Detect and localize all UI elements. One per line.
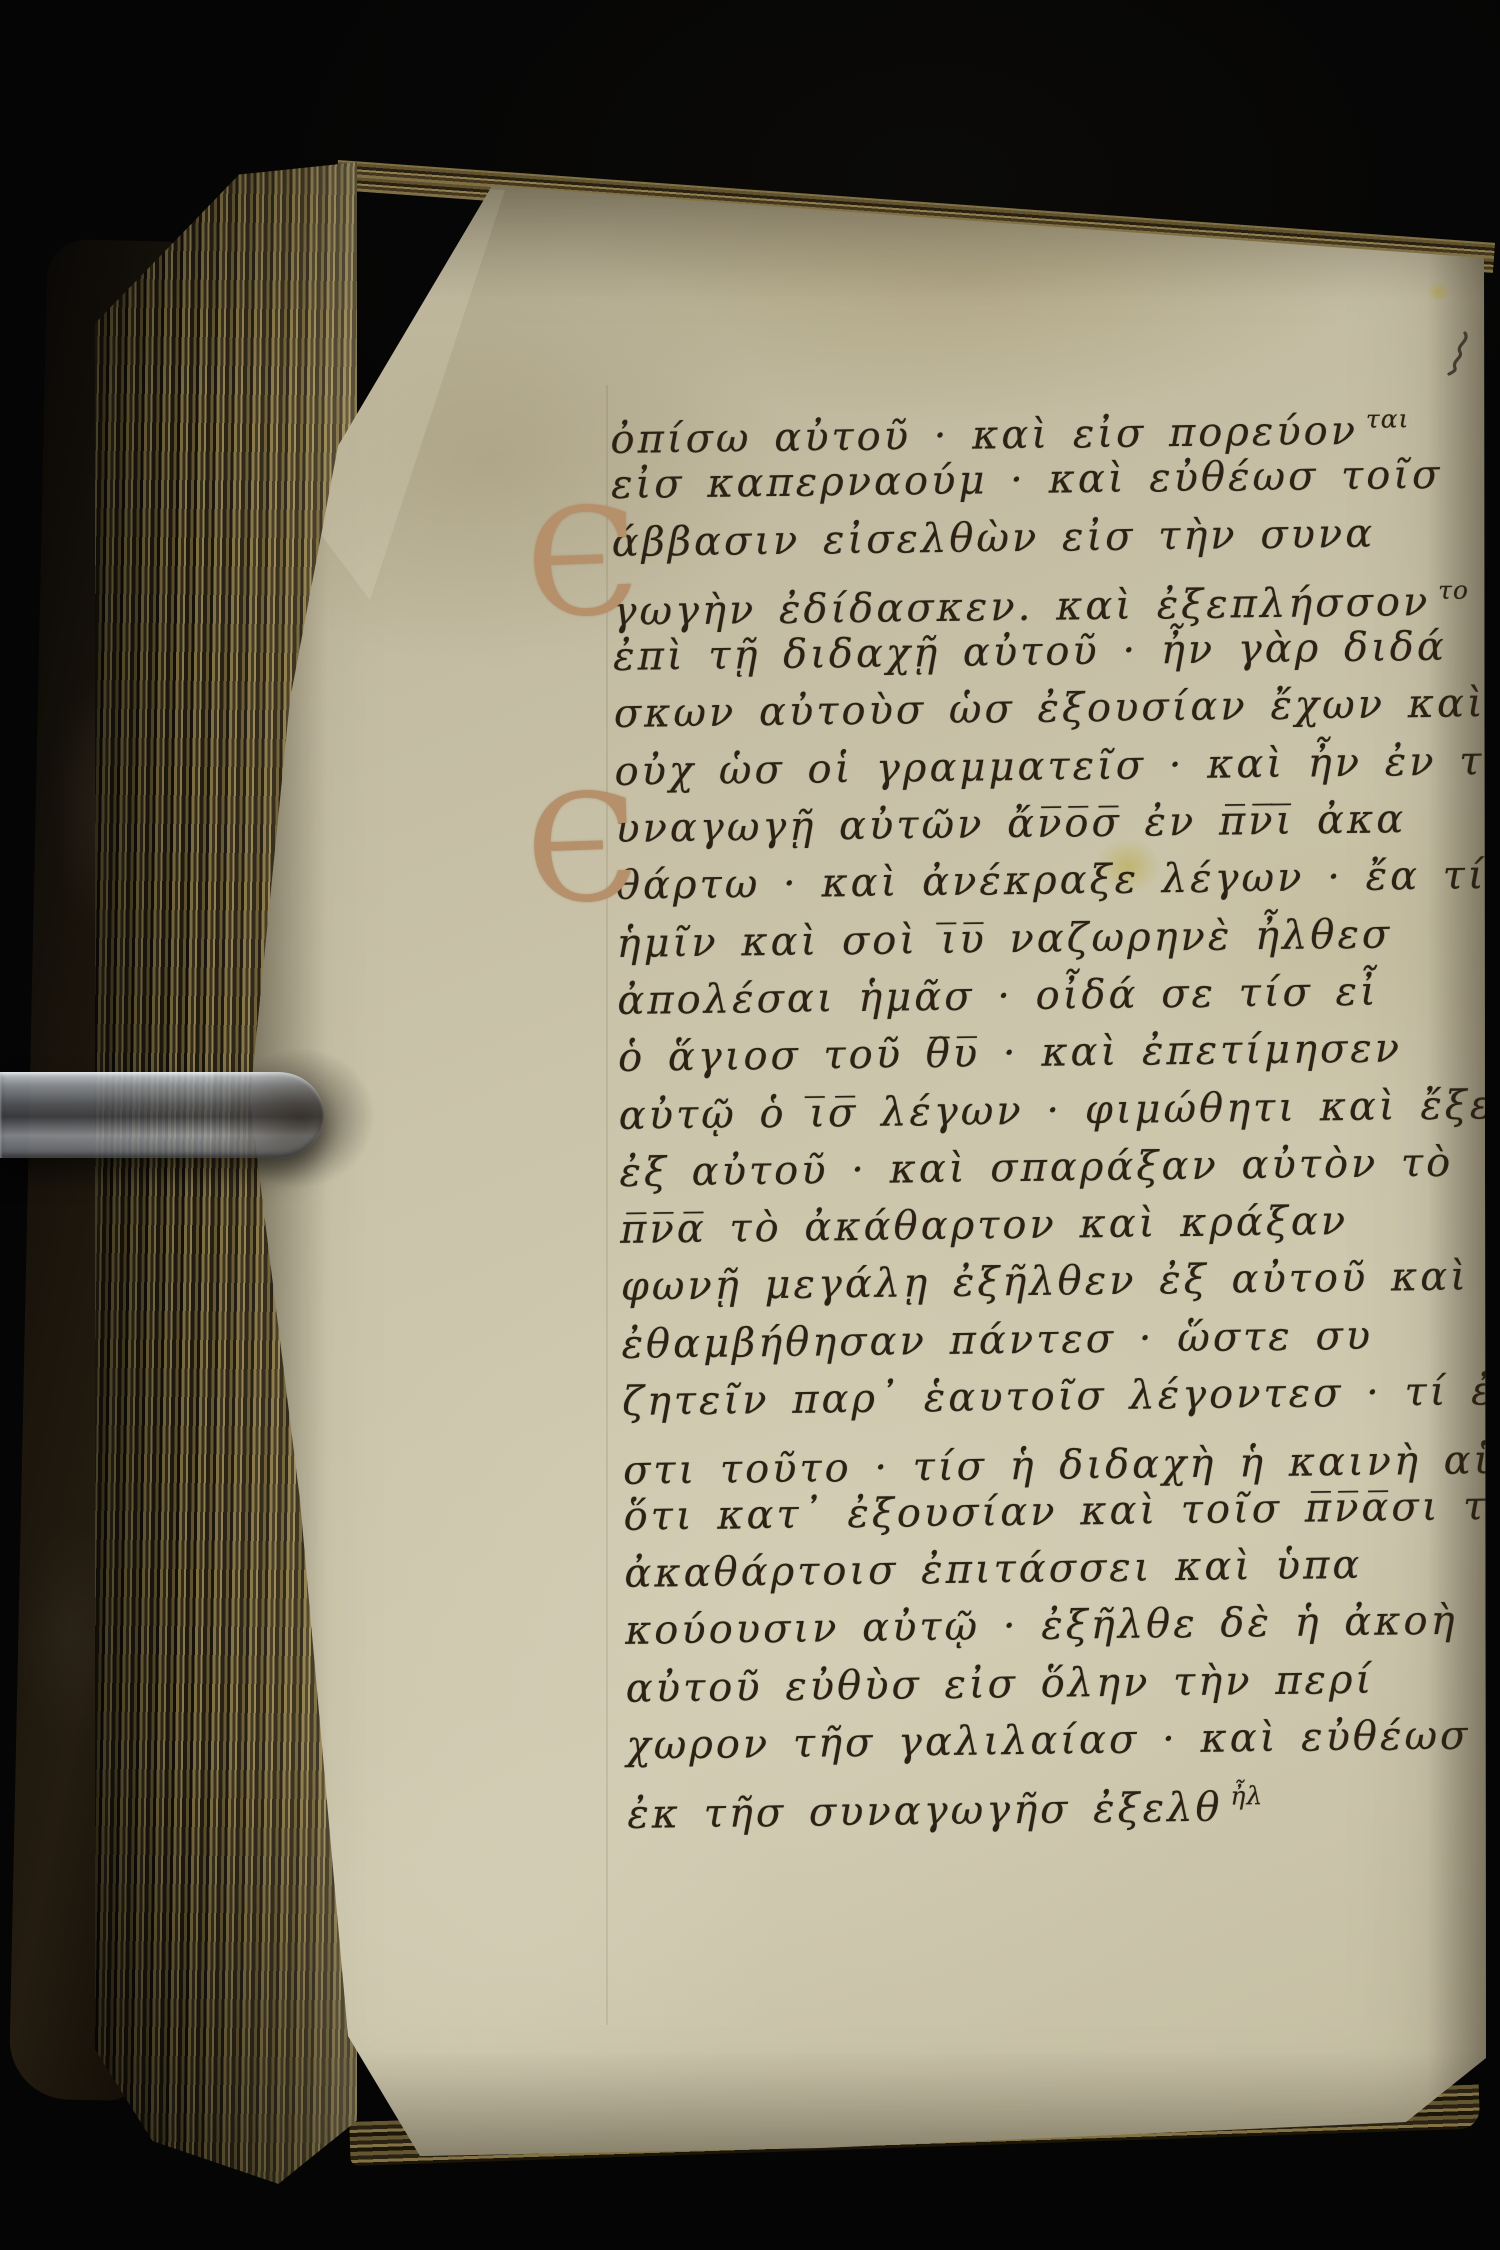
manuscript-text: ὀπίσω αὐτοῦ · καὶ εἰσ πορεύονταιεἰσ καπε… xyxy=(610,389,1500,1832)
text-line: ἡμῖν καὶ σοὶ ι̅υ̅ ναζωρηνὲ ἦλθεσ xyxy=(616,905,1500,973)
line-text: κούουσιν αὐτῷ · ἐξῆλθε δὲ ἡ ἀκοὴ xyxy=(625,1598,1458,1654)
line-text: ὁ ἅγιοσ τοῦ θ̅υ̅ · καὶ ἐπετίμησεν xyxy=(618,1026,1403,1082)
photo-scene: ὀπίσω αὐτοῦ · καὶ εἰσ πορεύονταιεἰσ καπε… xyxy=(0,0,1500,2250)
line-text: ἐθαμβήθησαν πάντεσ · ὥστε συ xyxy=(621,1312,1373,1367)
text-line: ἐξ αὐτοῦ · καὶ σπαράξαν αὐτὸν τὸ xyxy=(619,1134,1500,1202)
rod-tip-shading xyxy=(214,1072,324,1158)
text-line: ὁ ἅγιοσ τοῦ θ̅υ̅ · καὶ ἐπετίμησεν xyxy=(618,1019,1500,1087)
text-line: οὐχ ὡσ οἱ γραμματεῖσ · καὶ ἦν ἐν τῇ xyxy=(614,733,1500,801)
text-line: γωγὴν ἐδίδασκεν. καὶ ἐξεπλήσσοντο xyxy=(612,561,1500,629)
line-text: φωνῇ μεγάλῃ ἐξῆλθεν ἐξ αὐτοῦ καὶ xyxy=(621,1254,1470,1310)
line-text: ἀπολέσαι ἡμᾶσ · οἶδά σε τίσ εἶ xyxy=(617,969,1379,1024)
line-text: ἐξ αὐτοῦ · καὶ σπαράξαν αὐτὸν τὸ xyxy=(619,1140,1453,1196)
line-text: εἰσ καπερναούμ · καὶ εὐθέωσ τοῖσ xyxy=(611,452,1443,508)
parchment-page: ὀπίσω αὐτοῦ · καὶ εἰσ πορεύονταιεἰσ καπε… xyxy=(240,180,1490,2170)
text-line: ἀκαθάρτοισ ἐπιτάσσει καὶ ὑπα xyxy=(624,1535,1500,1603)
text-line: χωρον τῆσ γαλιλαίασ · καὶ εὐθέωσ xyxy=(626,1707,1500,1775)
text-line: κούουσιν αὐτῷ · ἐξῆλθε δὲ ἡ ἀκοὴ xyxy=(625,1592,1500,1660)
text-line: αὐτοῦ εὐθὺσ εἰσ ὅλην τὴν περί xyxy=(625,1649,1500,1717)
glass-rod-weight xyxy=(0,1072,324,1158)
text-line: ἐθαμβήθησαν πάντεσ · ὥστε συ xyxy=(621,1306,1500,1374)
text-line: στι τοῦτο · τίσ ἡ διδαχὴ ἡ καινὴ αὕτη xyxy=(623,1420,1500,1488)
text-line: υναγωγῇ αὐτῶν ἄν̅ο̅σ̅ ἐν π̅ν̅ι̅ ἀκα xyxy=(615,790,1500,858)
text-line: σκων αὐτοὺσ ὡσ ἐξουσίαν ἔχων καὶ xyxy=(614,675,1500,743)
line-end-superscript: ται xyxy=(1366,404,1410,434)
line-text: χωρον τῆσ γαλιλαίασ · καὶ εὐθέωσ xyxy=(626,1712,1470,1768)
text-line: ζητεῖν παρ᾽ ἑαυτοῖσ λέγοντεσ · τί ἐ xyxy=(622,1363,1500,1431)
line-text: π̅ν̅α̅ τὸ ἀκάθαρτον καὶ κράξαν xyxy=(620,1198,1349,1253)
line-text: άββασιν εἰσελθὼν εἰσ τὴν συνα xyxy=(611,510,1375,565)
line-text: οὐχ ὡσ οἱ γραμματεῖσ · καὶ ἦν ἐν τῇ xyxy=(614,738,1500,795)
text-line: άββασιν εἰσελθὼν εἰσ τὴν συνα xyxy=(611,504,1500,572)
text-line: ὅτι κατ᾽ ἐξουσίαν καὶ τοῖσ π̅ν̅α̅σι τοῖσ xyxy=(623,1478,1500,1546)
line-text: ζητεῖν παρ᾽ ἑαυτοῖσ λέγοντεσ · τί ἐ xyxy=(622,1368,1496,1425)
text-line: θάρτω · καὶ ἀνέκραξε λέγων · ἔα τί xyxy=(616,847,1500,915)
line-text: ἐκ τῆσ συναγωγῆσ ἐξελθ xyxy=(627,1785,1223,1838)
line-text: σκων αὐτοὺσ ὡσ ἐξουσίαν ἔχων καὶ xyxy=(614,681,1486,738)
line-text: υναγωγῇ αὐτῶν ἄν̅ο̅σ̅ ἐν π̅ν̅ι̅ ἀκα xyxy=(615,796,1407,852)
text-line: αὐτῷ ὁ ι̅σ̅ λέγων · φιμώθητι καὶ ἔξελθε xyxy=(618,1076,1500,1144)
text-line: ἐκ τῆσ συναγωγῆσ ἐξελθἦλ xyxy=(627,1764,1500,1832)
line-text: θάρτω · καὶ ἀνέκραξε λέγων · ἔα τί xyxy=(616,853,1487,910)
line-text: αὐτῷ ὁ ι̅σ̅ λέγων · φιμώθητι καὶ ἔξελθε xyxy=(618,1081,1500,1139)
line-end-superscript: ἦλ xyxy=(1230,1781,1263,1810)
decorated-initial: Є xyxy=(523,772,641,926)
line-text: αὐτοῦ εὐθὺσ εἰσ ὅλην τὴν περί xyxy=(625,1656,1374,1711)
line-text: ἀκαθάρτοισ ἐπιτάσσει καὶ ὑπα xyxy=(624,1542,1363,1597)
line-text: ὅτι κατ᾽ ἐξουσίαν καὶ τοῖσ π̅ν̅α̅σι τοῖσ xyxy=(623,1482,1500,1539)
text-line: ἐπὶ τῇ διδαχῇ αὐτοῦ · ἦν γὰρ διδά xyxy=(613,618,1500,686)
line-text: ἡμῖν καὶ σοὶ ι̅υ̅ ναζωρηνὲ ἦλθεσ xyxy=(616,911,1392,966)
text-line: π̅ν̅α̅ τὸ ἀκάθαρτον καὶ κράξαν xyxy=(620,1191,1500,1259)
text-line: φωνῇ μεγάλῃ ἐξῆλθεν ἐξ αὐτοῦ καὶ xyxy=(620,1248,1500,1316)
line-end-superscript: το xyxy=(1438,575,1469,604)
text-line: ἀπολέσαι ἡμᾶσ · οἶδά σε τίσ εἶ xyxy=(617,962,1500,1030)
text-line: εἰσ καπερναούμ · καὶ εὐθέωσ τοῖσ xyxy=(611,446,1500,514)
margin-squiggle-mark xyxy=(1447,330,1473,380)
line-text: ἐπὶ τῇ διδαχῇ αὐτοῦ · ἦν γὰρ διδά xyxy=(613,624,1447,680)
decorated-initial: Є xyxy=(523,486,641,640)
text-line: ὀπίσω αὐτοῦ · καὶ εἰσ πορεύονται xyxy=(610,389,1500,457)
